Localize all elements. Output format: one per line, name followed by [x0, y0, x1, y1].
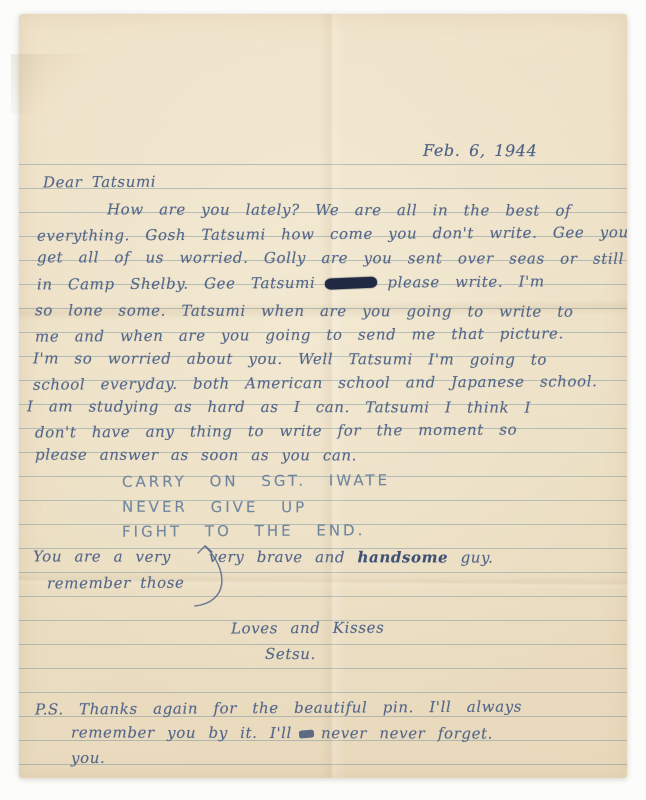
- paper-crease: [319, 14, 345, 778]
- letter-salutation: Dear Tatsumi: [43, 172, 156, 193]
- motto-line: CARRY ON SGT. IWATE: [122, 470, 390, 492]
- letter-text: remember you by it. I'll: [71, 723, 292, 742]
- letter-line: get all of us worried. Golly are you sen…: [37, 247, 624, 269]
- letter-paper: Feb. 6, 1944 Dear Tatsumi How are you la…: [19, 14, 627, 778]
- signature: Setsu.: [265, 644, 316, 664]
- letter-text-emphasis: handsome: [358, 548, 449, 566]
- paper-crease: [11, 54, 101, 114]
- postscript-line: P.S. Thanks again for the beautiful pin.…: [35, 697, 522, 720]
- letter-text: never never forget.: [321, 724, 493, 742]
- motto-line: FIGHT TO THE END.: [122, 520, 365, 541]
- letter-line: How are you lately? We are all in the be…: [107, 199, 571, 220]
- letter-text: in Camp Shelby. Gee Tatsumi: [37, 274, 315, 294]
- letter-line: so lone some. Tatsumi when are you going…: [35, 300, 574, 321]
- redaction-scribble-icon: [325, 277, 377, 290]
- letter-line: please answer as soon as you can.: [35, 445, 357, 466]
- crossed-out-letter-icon: [299, 729, 315, 738]
- letter-line: I am studying as hard as I can. Tatsumi …: [27, 396, 531, 417]
- letter-date: Feb. 6, 1944: [423, 141, 537, 161]
- letter-line: I'm so worried about you. Well Tatsumi I…: [33, 348, 547, 369]
- letter-line: school everyday. both American school an…: [33, 371, 598, 394]
- letter-text: guy.: [461, 549, 494, 567]
- letter-line: everything. Gosh Tatsumi how come you do…: [37, 222, 629, 246]
- closing: Loves and Kisses: [231, 618, 384, 639]
- letter-line-redacted: in Camp Shelby. Gee Tatsumiplease write.…: [37, 271, 545, 294]
- letter-text: very brave and: [209, 548, 345, 566]
- letter-text: You are a very: [33, 547, 171, 565]
- postscript-line: remember you by it. I'llnever never forg…: [71, 722, 493, 743]
- insertion-note: remember those: [47, 573, 185, 594]
- motto-line: NEVER GIVE UP: [122, 497, 307, 517]
- letter-line: me and when are you going to send me tha…: [35, 323, 564, 346]
- postscript-line: you.: [71, 748, 105, 768]
- letter-line-insertion: You are a veryvery brave and handsome gu…: [33, 546, 494, 567]
- letter-text: please write. I'm: [387, 272, 544, 291]
- photo-background: Feb. 6, 1944 Dear Tatsumi How are you la…: [0, 0, 646, 800]
- letter-line: don't have any thing to write for the mo…: [35, 420, 517, 443]
